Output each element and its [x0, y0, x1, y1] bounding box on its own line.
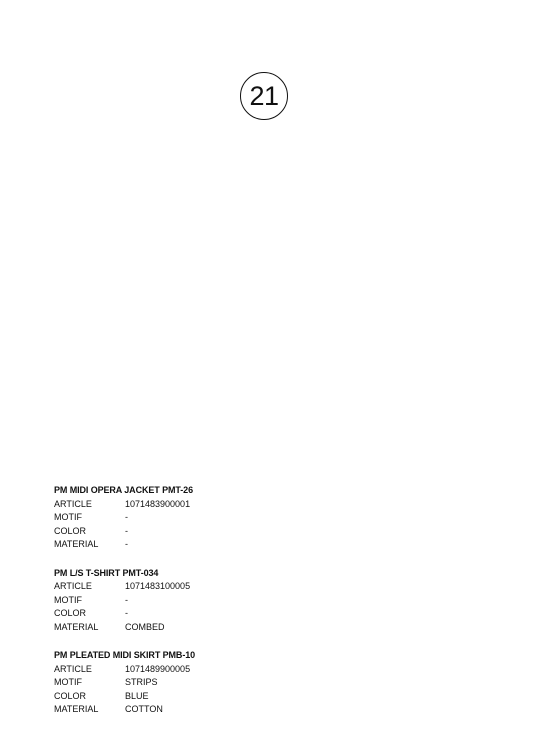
- attribute-value: COTTON: [125, 703, 354, 717]
- attribute-label: ARTICLE: [54, 663, 125, 677]
- attribute-label: ARTICLE: [54, 580, 125, 594]
- attribute-label: MATERIAL: [54, 538, 125, 552]
- attribute-value: 1071483100005: [125, 580, 354, 594]
- attribute-row-article: ARTICLE 1071483900001: [54, 498, 354, 512]
- product-title: PM L/S T-SHIRT PMT-034: [54, 567, 354, 581]
- attribute-label: COLOR: [54, 525, 125, 539]
- attribute-row-material: MATERIAL COMBED: [54, 621, 354, 635]
- product-item: PM MIDI OPERA JACKET PMT-26 ARTICLE 1071…: [54, 484, 354, 552]
- attribute-row-color: COLOR -: [54, 525, 354, 539]
- attribute-row-motif: MOTIF -: [54, 594, 354, 608]
- attribute-label: COLOR: [54, 690, 125, 704]
- attribute-label: MATERIAL: [54, 621, 125, 635]
- attribute-value: 1071489900005: [125, 663, 354, 677]
- attribute-row-color: COLOR BLUE: [54, 690, 354, 704]
- page-number: 21: [249, 81, 278, 112]
- attribute-label: MOTIF: [54, 676, 125, 690]
- attribute-row-motif: MOTIF -: [54, 511, 354, 525]
- attribute-value: -: [125, 538, 354, 552]
- attribute-label: MATERIAL: [54, 703, 125, 717]
- attribute-row-article: ARTICLE 1071489900005: [54, 663, 354, 677]
- product-item: PM L/S T-SHIRT PMT-034 ARTICLE 107148310…: [54, 567, 354, 635]
- product-item: PM PLEATED MIDI SKIRT PMB-10 ARTICLE 107…: [54, 649, 354, 717]
- attribute-label: MOTIF: [54, 594, 125, 608]
- attribute-value: 1071483900001: [125, 498, 354, 512]
- attribute-value: -: [125, 511, 354, 525]
- product-title: PM PLEATED MIDI SKIRT PMB-10: [54, 649, 354, 663]
- attribute-value: STRIPS: [125, 676, 354, 690]
- attribute-row-material: MATERIAL -: [54, 538, 354, 552]
- attribute-row-color: COLOR -: [54, 607, 354, 621]
- attribute-value: -: [125, 594, 354, 608]
- attribute-label: MOTIF: [54, 511, 125, 525]
- attribute-value: -: [125, 607, 354, 621]
- attribute-row-article: ARTICLE 1071483100005: [54, 580, 354, 594]
- product-title: PM MIDI OPERA JACKET PMT-26: [54, 484, 354, 498]
- page-number-badge: 21: [240, 72, 288, 120]
- product-list: PM MIDI OPERA JACKET PMT-26 ARTICLE 1071…: [54, 484, 354, 732]
- attribute-value: BLUE: [125, 690, 354, 704]
- attribute-value: -: [125, 525, 354, 539]
- attribute-value: COMBED: [125, 621, 354, 635]
- attribute-label: ARTICLE: [54, 498, 125, 512]
- attribute-row-motif: MOTIF STRIPS: [54, 676, 354, 690]
- attribute-row-material: MATERIAL COTTON: [54, 703, 354, 717]
- attribute-label: COLOR: [54, 607, 125, 621]
